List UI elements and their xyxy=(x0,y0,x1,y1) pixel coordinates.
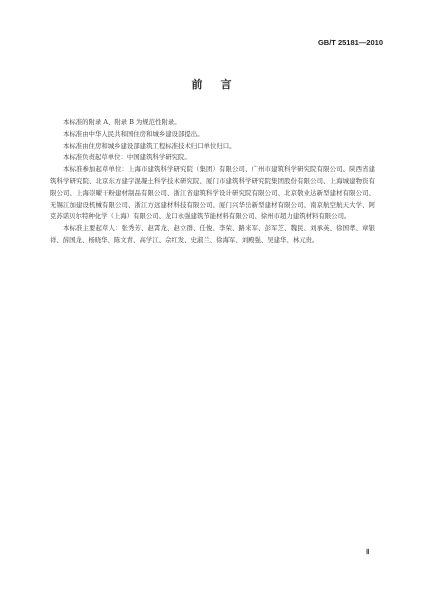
paragraph-lead-drafter: 本标准负责起草单位：中国建筑科学研究院。 xyxy=(50,152,375,164)
page-number: Ⅱ xyxy=(366,548,369,556)
paragraph-participating-drafters: 本标准参加起草单位：上海市建筑科学研究院（集团）有限公司、广州市建筑科学研究院有… xyxy=(50,164,375,223)
foreword-body: 本标准的附录 A、附录 B 为规范性附录。 本标准由中华人民共和国住房和城乡建设… xyxy=(50,117,375,247)
paragraph-proposer: 本标准由中华人民共和国住房和城乡建设部提出。 xyxy=(50,129,375,141)
standard-number: GB/T 25181—2010 xyxy=(318,38,383,47)
paragraph-appendix: 本标准的附录 A、附录 B 为规范性附录。 xyxy=(50,117,375,129)
paragraph-administrator: 本标准由住房和城乡建设部建筑工程标准技术归口单位归口。 xyxy=(50,141,375,153)
page-title: 前言 xyxy=(0,76,423,92)
paragraph-main-drafters: 本标准主要起草人：张秀芳、赵霄龙、赵立群、任俊、李荣、路来军、彭军芝、魏民、刘承… xyxy=(50,223,375,247)
